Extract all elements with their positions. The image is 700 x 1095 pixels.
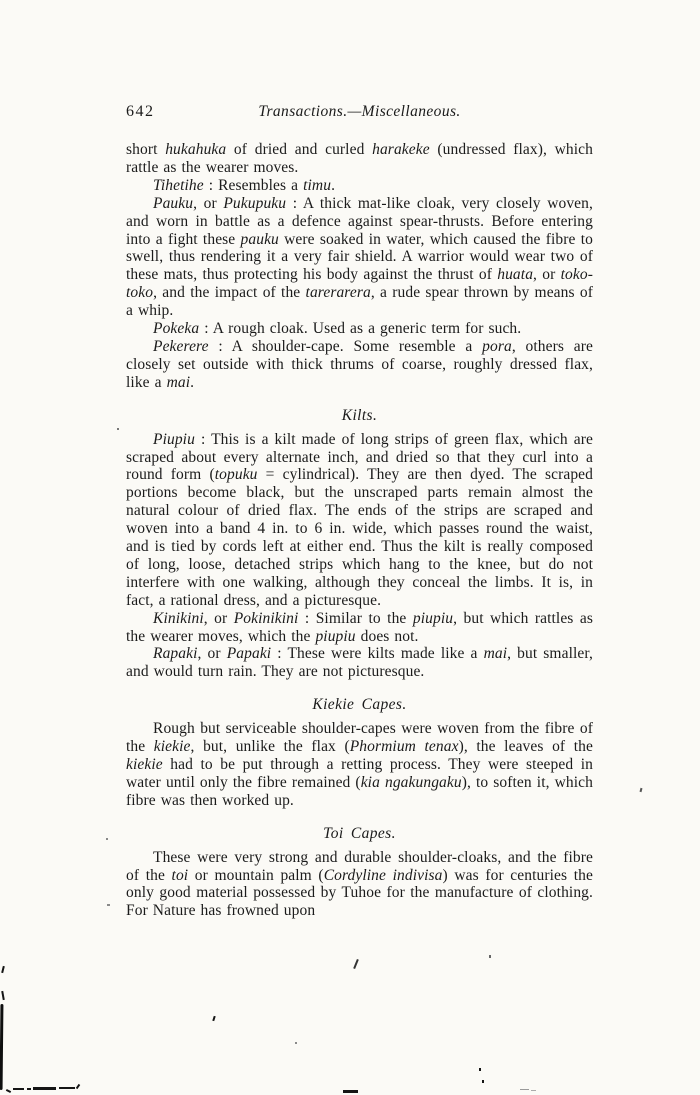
scan-mark xyxy=(106,838,108,840)
scan-mark xyxy=(1,966,5,973)
scan-mark xyxy=(489,955,491,958)
scan-mark xyxy=(1,991,5,1000)
scan-mark xyxy=(531,1090,536,1091)
scanned-book-page: 642 Transactions.—Miscellaneous. short h… xyxy=(0,0,700,1095)
scan-mark xyxy=(33,1087,56,1090)
paragraph: Tihetihe : Resembles a timu. xyxy=(126,177,593,195)
scan-mark xyxy=(59,1087,75,1089)
paragraph: short hukahuka of dried and curled harak… xyxy=(126,141,593,177)
paragraph: Pokeka : A rough cloak. Used as a generi… xyxy=(126,320,593,338)
scan-mark xyxy=(479,1068,481,1071)
page-number: 642 xyxy=(126,103,155,121)
section-heading: Kiekie Capes. xyxy=(126,696,593,714)
paragraph: These were very strong and durable shoul… xyxy=(126,849,593,921)
scan-mark xyxy=(343,1090,358,1093)
scan-mark xyxy=(520,1089,529,1090)
page-header: 642 Transactions.—Miscellaneous. xyxy=(126,103,593,123)
scan-mark xyxy=(76,1084,81,1089)
scan-mark xyxy=(107,904,110,906)
scan-mark xyxy=(212,1016,215,1021)
paragraph: Pekerere : A shoulder-cape. Some resembl… xyxy=(126,338,593,392)
scan-mark xyxy=(482,1080,484,1083)
paragraph: Rapaki, or Papaki : These were kilts mad… xyxy=(126,645,593,681)
scan-ink-streak xyxy=(0,1004,3,1090)
scan-mark xyxy=(6,1089,11,1093)
running-title: Transactions.—Miscellaneous. xyxy=(126,103,593,121)
scan-mark xyxy=(27,1088,31,1090)
page-body: short hukahuka of dried and curled harak… xyxy=(126,141,593,920)
scan-mark xyxy=(353,959,359,969)
paragraph: Rough but serviceable shoulder-capes wer… xyxy=(126,720,593,810)
scan-mark xyxy=(295,1042,297,1044)
paragraph: Pauku, or Pukupuku : A thick mat-like cl… xyxy=(126,195,593,320)
paragraph: Kinikini, or Pokinikini : Similar to the… xyxy=(126,610,593,646)
section-heading: Toi Capes. xyxy=(126,825,593,843)
scan-mark xyxy=(117,428,119,430)
scan-mark xyxy=(640,788,643,792)
section-heading: Kilts. xyxy=(126,407,593,425)
paragraph: Piupiu : This is a kilt made of long str… xyxy=(126,431,593,610)
scan-mark xyxy=(13,1088,24,1090)
